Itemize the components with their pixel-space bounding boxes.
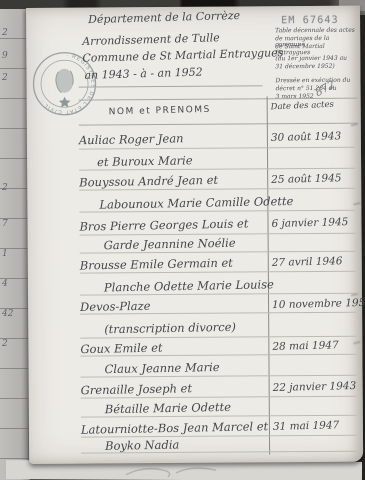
registry-page: · REGISTRES DE L'ÉTAT CIVIL · Départemen… [26,6,363,464]
stamp-number: EM 67643 [281,15,339,26]
bleedthrough-mark [353,202,360,206]
note-line: Table décennale des actes [275,28,359,35]
column-header-dates: Date des actes [271,100,335,113]
edge-mark: 2 [2,28,8,38]
entry-date: 6 janvier 1945 [271,216,348,230]
bleedthrough-mark [353,341,360,345]
edge-mark: 2 [2,339,8,349]
entry-name: et Buroux Marie [97,153,193,169]
entry-name: Devos-Plaze [80,299,151,314]
entry-name: Bros Pierre Georges Louis et [79,216,248,233]
entry-name: (transcription divorce) [104,320,236,337]
entry-name: Bétaille Marie Odette [105,400,231,416]
edge-mark: 1 [2,249,8,259]
edge-mark: 2 [2,73,8,83]
entry-name: Latourniotte-Bos Jean Marcel et [81,419,269,437]
entry-date: 30 août 1943 [271,130,342,144]
heading-commune: Commune de St Martial Entraygues [82,46,283,65]
scanned-registry-page: 2 9 2 2 7 1 4 42 2 · REGISTRES DE L'ÉTAT… [0,0,365,480]
entry-name: Bouyssou André Jean et [79,173,218,190]
table-header-line [79,123,358,126]
note-line: Dressée en exécution du [275,78,359,85]
bleedthrough-mark [351,123,358,127]
entry-name: Labounoux Marie Camille Odette [99,194,293,212]
entry-date: 28 mai 1947 [272,339,339,353]
heading-underline [79,85,263,87]
note-line: (du 1er janvier 1943 au [275,56,359,63]
entry-name: Goux Emile et [80,341,162,357]
entry-date: 22 janvier 1943 [273,380,357,394]
edge-mark: 42 [2,309,13,319]
star-icon [59,97,71,108]
entry-name: Garde Jeannine Noélie [104,236,236,253]
ruled-line [79,147,355,150]
book-fore-edge-strip: 2 9 2 2 7 1 4 42 2 [0,9,30,480]
column-header-names: NOM et PRENOMS [109,105,211,117]
entry-name: Boyko Nadia [105,437,179,452]
edge-mark: 4 [2,279,8,289]
entry-name: Claux Jeanne Marie [104,360,219,376]
entry-name: Grenaille Joseph et [81,381,193,397]
entry-name: Planche Odette Marie Louise [104,277,274,294]
entry-date: 25 août 1945 [271,172,342,186]
entry-date: 31 mai 1947 [273,419,340,433]
heading-department: Département de la Corrèze [88,9,240,26]
entry-name: Auliac Roger Jean [79,131,184,147]
column-divider [267,96,270,454]
heading-years: an 1943 - à - an 1952 [84,66,203,82]
entry-date: 27 avril 1946 [272,255,343,269]
note-line: 31 décembre 1952) [275,64,359,71]
ruled-line [80,336,356,339]
edge-mark: 7 [2,219,8,229]
entry-name: Brousse Emile Germain et [80,256,233,273]
heading-arrondissement: Arrondissement de Tulle [82,31,220,48]
edge-mark: 2 [2,183,8,193]
entry-date: 10 novembre 1952 [272,297,365,311]
bleedthrough-mark [351,293,358,297]
edge-mark: 9 [2,51,8,61]
